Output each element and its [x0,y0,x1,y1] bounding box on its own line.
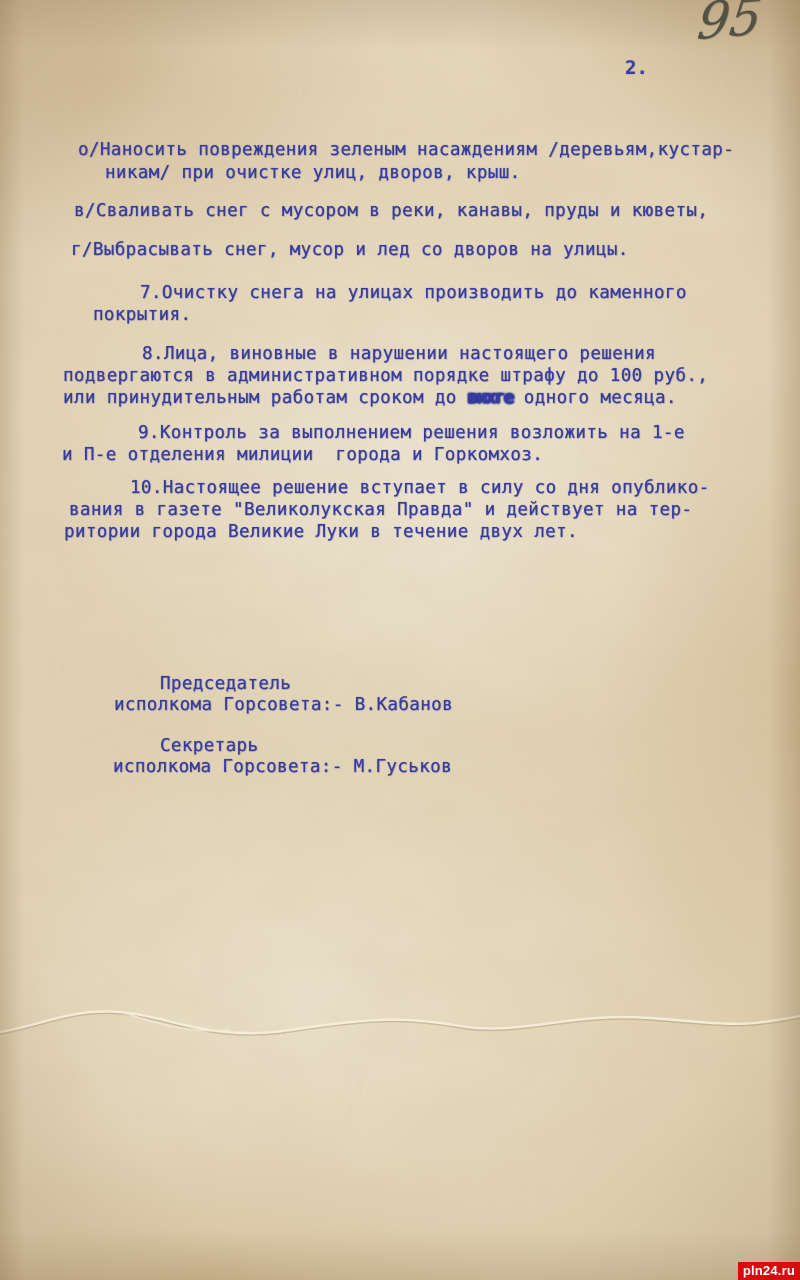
typed-line: покрытия. [93,305,191,325]
typed-text: или принудительным работам сроком до [63,388,468,408]
typed-line: никам/ при очистке улиц, дворов, крыш. [105,163,521,183]
typed-text: одного месяца. [513,388,677,408]
scanned-document-page: 95 2. о/Наносить повреждения зеленым нас… [0,0,800,1280]
signature-title: Секретарь [160,736,258,756]
signature-line: исполкома Горсовета:- М.Гуськов [113,757,452,777]
watermark-badge: pln24.ru [738,1262,800,1280]
scan-vignette [0,0,800,1280]
typed-line: г/Выбрасывать снег, мусор и лед со дворо… [71,240,629,260]
typed-line: 8.Лица, виновные в нарушении настоящего … [142,344,656,364]
typed-line: 7.Очистку снега на улицах производить до… [140,283,687,303]
typed-line-with-overstrike: или принудительным работам сроком до вих… [63,388,677,408]
signature-line: исполкома Горсовета:- В.Кабанов [114,695,453,715]
paper-texture [0,0,800,1280]
typed-line: подвергаются в административном порядке … [63,366,708,386]
typed-line: в/Сваливать снег с мусором в реки, канав… [74,201,708,221]
typed-line: вания в газете "Великолукская Правда" и … [69,500,692,520]
handwritten-folio-number: 95 [695,0,766,51]
typed-line: и П-е отделения милиции города и Горкомх… [62,445,543,465]
typed-line: о/Наносить повреждения зеленым насаждени… [78,140,734,160]
page-number: 2. [625,57,648,79]
typed-line: ритории города Великие Луки в течение дв… [64,522,578,542]
typed-line: 10.Настоящее решение вступает в силу со … [130,478,710,498]
signature-title: Председатель [160,674,291,694]
paper-crease-line [0,0,800,1280]
overstruck-word: вихге [468,388,513,408]
typed-line: 9.Контроль за выполнением решения возлож… [138,423,685,443]
